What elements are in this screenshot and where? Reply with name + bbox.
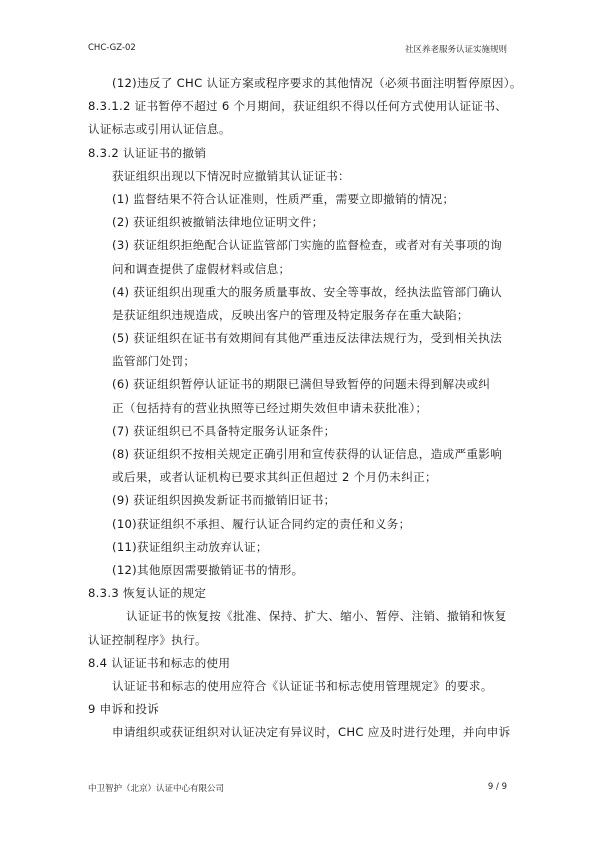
text-line: 认证证书的恢复按《批准、保持、扩大、缩小、暂停、注销、撤销和恢复 [88, 605, 516, 628]
text-line: (2) 获证组织被撤销法律地位证明文件； [88, 211, 516, 234]
text-line: (10)获证组织不承担、履行认证合同约定的责任和义务； [88, 513, 516, 536]
text-line: (8) 获证组织不按相关规定正确引用和宣传获得的认证信息，造成严重影响 [88, 443, 516, 466]
text-line: (5) 获证组织在证书有效期间有其他严重违反法律法规行为，受到相关执法 [88, 327, 516, 350]
text-line: 认证证书和标志的使用应符合《认证证书和标志使用管理规定》的要求。 [88, 675, 516, 698]
text-line: (1) 监督结果不符合认证准则，性质严重，需要立即撤销的情况； [88, 188, 516, 211]
page-footer: 中卫智护（北京）认证中心有限公司 9 / 9 [88, 782, 507, 794]
text-line: 8.4 认证证书和标志的使用 [88, 652, 516, 675]
text-line: 9 申诉和投诉 [88, 698, 516, 721]
text-line: (7) 获证组织已不具备特定服务认证条件； [88, 420, 516, 443]
company-name: 中卫智护（北京）认证中心有限公司 [88, 782, 224, 794]
document-body: (12)违反了 CHC 认证方案或程序要求的其他情况（必须书面注明暂停原因）。8… [88, 72, 516, 744]
page-number: 9 / 9 [488, 782, 507, 794]
page-header: CHC-GZ-02 社区养老服务认证实施规则 [88, 43, 507, 55]
text-line: 获证组织出现以下情况时应撤销其认证证书： [88, 165, 516, 188]
text-line: 监管部门处罚； [88, 350, 516, 373]
text-line: (4) 获证组织出现重大的服务质量事故、安全等事故，经执法监管部门确认 [88, 281, 516, 304]
text-line: 是获证组织违规造成，反映出客户的管理及特定服务存在重大缺陷； [88, 304, 516, 327]
text-line: 或后果，或者认证机构已要求其纠正但超过 2 个月仍未纠正； [88, 466, 516, 489]
text-line: 认证控制程序》执行。 [88, 629, 516, 652]
document-title: 社区养老服务认证实施规则 [405, 43, 507, 55]
text-line: 正（包括持有的营业执照等已经过期失效但申请未获批准）； [88, 397, 516, 420]
text-line: 8.3.2 认证证书的撤销 [88, 142, 516, 165]
text-line: (11)获证组织主动放弃认证； [88, 536, 516, 559]
text-line: (9) 获证组织因换发新证书而撤销旧证书； [88, 489, 516, 512]
text-line: (6) 获证组织暂停认证证书的期限已满但导致暂停的问题未得到解决或纠 [88, 373, 516, 396]
text-line: (12)其他原因需要撤销证书的情形。 [88, 559, 516, 582]
text-line: 8.3.3 恢复认证的规定 [88, 582, 516, 605]
text-line: 认证标志或引用认证信息。 [88, 118, 516, 141]
text-line: 问和调查提供了虚假材料或信息； [88, 258, 516, 281]
text-line: 8.3.1.2 证书暂停不超过 6 个月期间，获证组织不得以任何方式使用认证证书… [88, 95, 516, 118]
text-line: (12)违反了 CHC 认证方案或程序要求的其他情况（必须书面注明暂停原因）。 [88, 72, 516, 95]
document-code: CHC-GZ-02 [88, 43, 136, 55]
text-line: 申请组织或获证组织对认证决定有异议时，CHC 应及时进行处理，并向申诉 [88, 721, 516, 744]
text-line: (3) 获证组织拒绝配合认证监管部门实施的监督检查，或者对有关事项的询 [88, 234, 516, 257]
